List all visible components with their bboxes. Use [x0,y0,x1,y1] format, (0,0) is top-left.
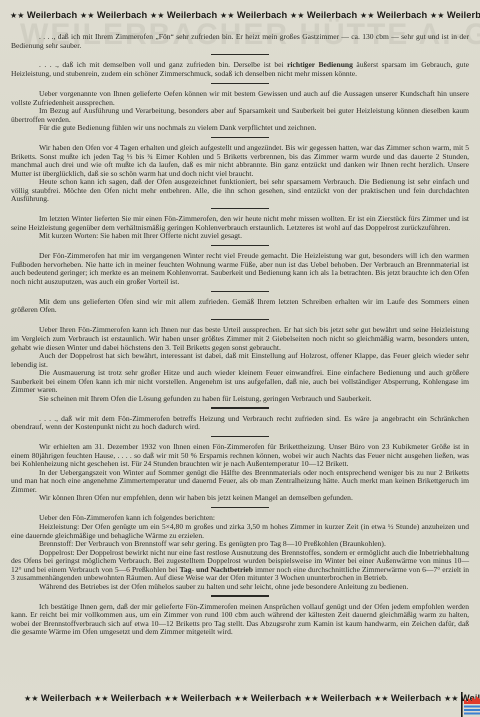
banner-word: Weilerbach [181,693,234,703]
testimonial-paragraph: Im letzten Winter lieferten Sie mir eine… [11,215,469,232]
banner-word: Weilerbach [41,693,94,703]
testimonial-paragraph: Im Bezug auf Ausführung und Verarbeitung… [11,107,469,124]
star-icon: ★★ [430,11,447,20]
testimonial-paragraph: Sie scheinen mit Ihrem Ofen die Lösung g… [11,395,469,404]
testimonial-paragraph: Heute schon kann ich sagen, daß der Ofen… [11,178,469,204]
testimonial: Wir haben den Ofen vor 4 Tagen erhalten … [11,144,469,204]
section-divider [211,208,269,209]
section-divider [211,83,269,84]
section-divider [211,291,269,292]
testimonial-paragraph: Der Fön-Zimmerofen hat mir im vergangene… [11,252,469,286]
section-divider [211,436,269,437]
star-icon: ★★ [304,694,321,703]
testimonial-paragraph: Ich bestätige Ihnen gern, daß der mir ge… [11,603,469,637]
testimonial: Der Fön-Zimmerofen hat mir im vergangene… [11,252,469,286]
section-divider [211,407,269,408]
star-icon: ★★ [150,11,167,20]
star-icon: ★★ [94,694,111,703]
star-icon: ★★ [80,11,97,20]
star-icon: ★★ [444,694,461,703]
testimonial-paragraph: . . . ., daß ich mit Ihrem Zimmerofen „F… [11,33,469,50]
banner-word: Weilerbach [447,10,480,20]
footer-banner: ★★ Weilerbach ★★ Weilerbach ★★ Weilerbac… [24,693,480,703]
star-icon: ★★ [220,11,237,20]
banner-word: Weilerbach [307,10,360,20]
testimonial-paragraph: Ueber vorgenannte von Ihnen gelieferte O… [11,90,469,107]
header-banner: ★★ Weilerbach ★★ Weilerbach ★★ Weilerbac… [10,10,470,20]
testimonial-paragraph: . . . ., daß ich mit demselben voll und … [11,61,469,78]
testimonial-paragraph: In der Uebergangszeit von Winter auf Som… [11,469,469,495]
testimonial: Ich bestätige Ihnen gern, daß der mir ge… [11,603,469,637]
banner-word: Weilerbach [97,10,150,20]
testimonial-paragraph: Die Ausmauerung ist trotz sehr großer Hi… [11,369,469,395]
section-divider [211,319,269,320]
testimonial: . . . ., daß wir mit dem Fön-Zimmerofen … [11,415,469,432]
factory-logo-icon [461,690,480,717]
banner-word: Weilerbach [321,693,374,703]
testimonial-paragraph: Wir können Ihren Ofen nur empfehlen, den… [11,494,469,503]
testimonial: Ueber vorgenannte von Ihnen gelieferte O… [11,90,469,133]
section-divider [211,507,269,508]
testimonial-paragraph: Während des Betriebes ist der Ofen mühel… [11,583,469,592]
section-divider [211,595,269,596]
banner-word: Weilerbach [111,693,164,703]
banner-word: Weilerbach [391,693,444,703]
star-icon: ★★ [10,11,27,20]
testimonial-paragraph: Für die gute Bedienung fühlen wir uns no… [11,124,469,133]
testimonial-paragraph: Doppelrost: Der Doppelrost bewirkt nicht… [11,549,469,583]
testimonial-paragraph: Ueber Ihren Fön-Zimmerofen kann ich Ihne… [11,326,469,352]
star-icon: ★★ [164,694,181,703]
testimonial: . . . ., daß ich mit demselben voll und … [11,61,469,78]
star-icon: ★★ [234,694,251,703]
section-divider [211,137,269,138]
testimonial-paragraph: . . . ., daß wir mit dem Fön-Zimmerofen … [11,415,469,432]
testimonial: Mit dem uns gelieferten Ofen sind wir mi… [11,298,469,315]
testimonial-paragraph: Mit dem uns gelieferten Ofen sind wir mi… [11,298,469,315]
testimonial: Wir erhielten am 31. Dezember 1932 von I… [11,443,469,503]
testimonial: Im letzten Winter lieferten Sie mir eine… [11,215,469,241]
banner-word: Weilerbach [237,10,290,20]
section-divider [211,54,269,55]
testimonial-paragraph: Wir haben den Ofen vor 4 Tagen erhalten … [11,144,469,178]
banner-word: Weilerbach [377,10,430,20]
testimonial-paragraph: Wir erhielten am 31. Dezember 1932 von I… [11,443,469,469]
testimonial: . . . ., daß ich mit Ihrem Zimmerofen „F… [11,33,469,50]
testimonial: Ueber Ihren Fön-Zimmerofen kann ich Ihne… [11,326,469,403]
testimonials-column: . . . ., daß ich mit Ihrem Zimmerofen „F… [11,33,469,637]
star-icon: ★★ [374,694,391,703]
banner-word: Weilerbach [251,693,304,703]
document-page: WEILERBACHER HÜTTE A.-G. ★★ Weilerbach ★… [0,0,480,717]
testimonial-paragraph: Heizleistung: Der Ofen genügte um ein 5×… [11,523,469,540]
banner-word: Weilerbach [167,10,220,20]
star-icon: ★★ [360,11,377,20]
testimonial: Ueber den Fön-Zimmerofen kann ich folgen… [11,514,469,591]
testimonial-paragraph: Mit kurzen Worten: Sie haben mit Ihrer O… [11,232,469,241]
testimonial-paragraph: Auch der Doppelrost hat sich bewährt, in… [11,352,469,369]
star-icon: ★★ [290,11,307,20]
banner-word: Weilerbach [27,10,80,20]
star-icon: ★★ [24,694,41,703]
section-divider [211,245,269,246]
